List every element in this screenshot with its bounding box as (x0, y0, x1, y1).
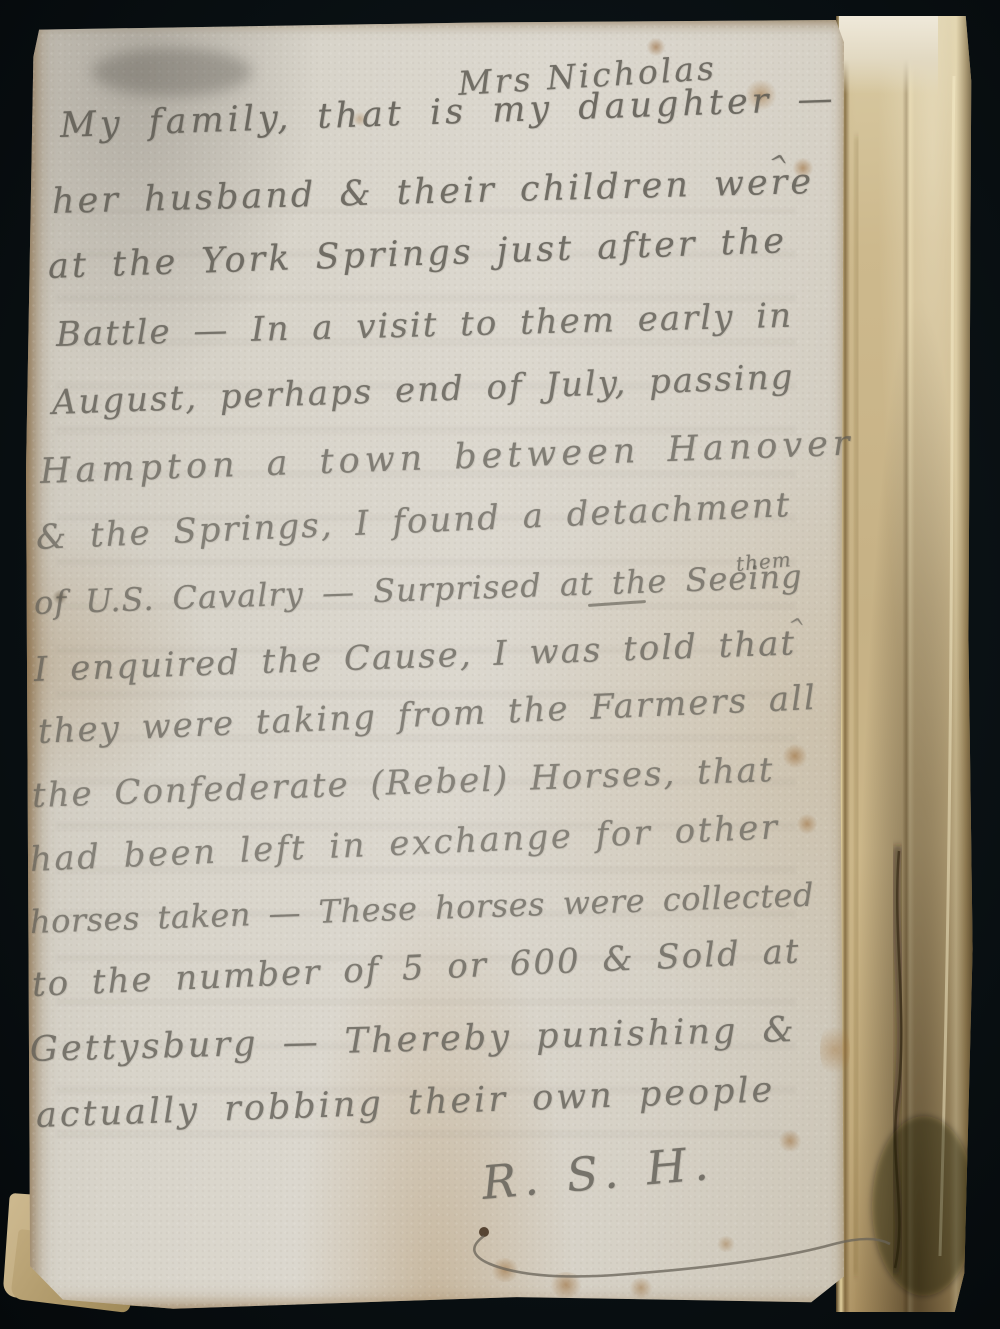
signature-flourish (432, 1212, 902, 1282)
stain-spot (820, 1020, 850, 1080)
photo-backdrop: Mrs Nicholas My family, that is my daugh… (0, 0, 1000, 1329)
stain-spot (778, 1130, 802, 1152)
superscript-insert: them (735, 547, 793, 576)
page-crease (836, 16, 974, 1312)
stain-spot (796, 814, 818, 834)
smudge-mark (92, 48, 252, 96)
stain-spot (782, 744, 808, 768)
book-binding-edge (836, 16, 974, 1312)
